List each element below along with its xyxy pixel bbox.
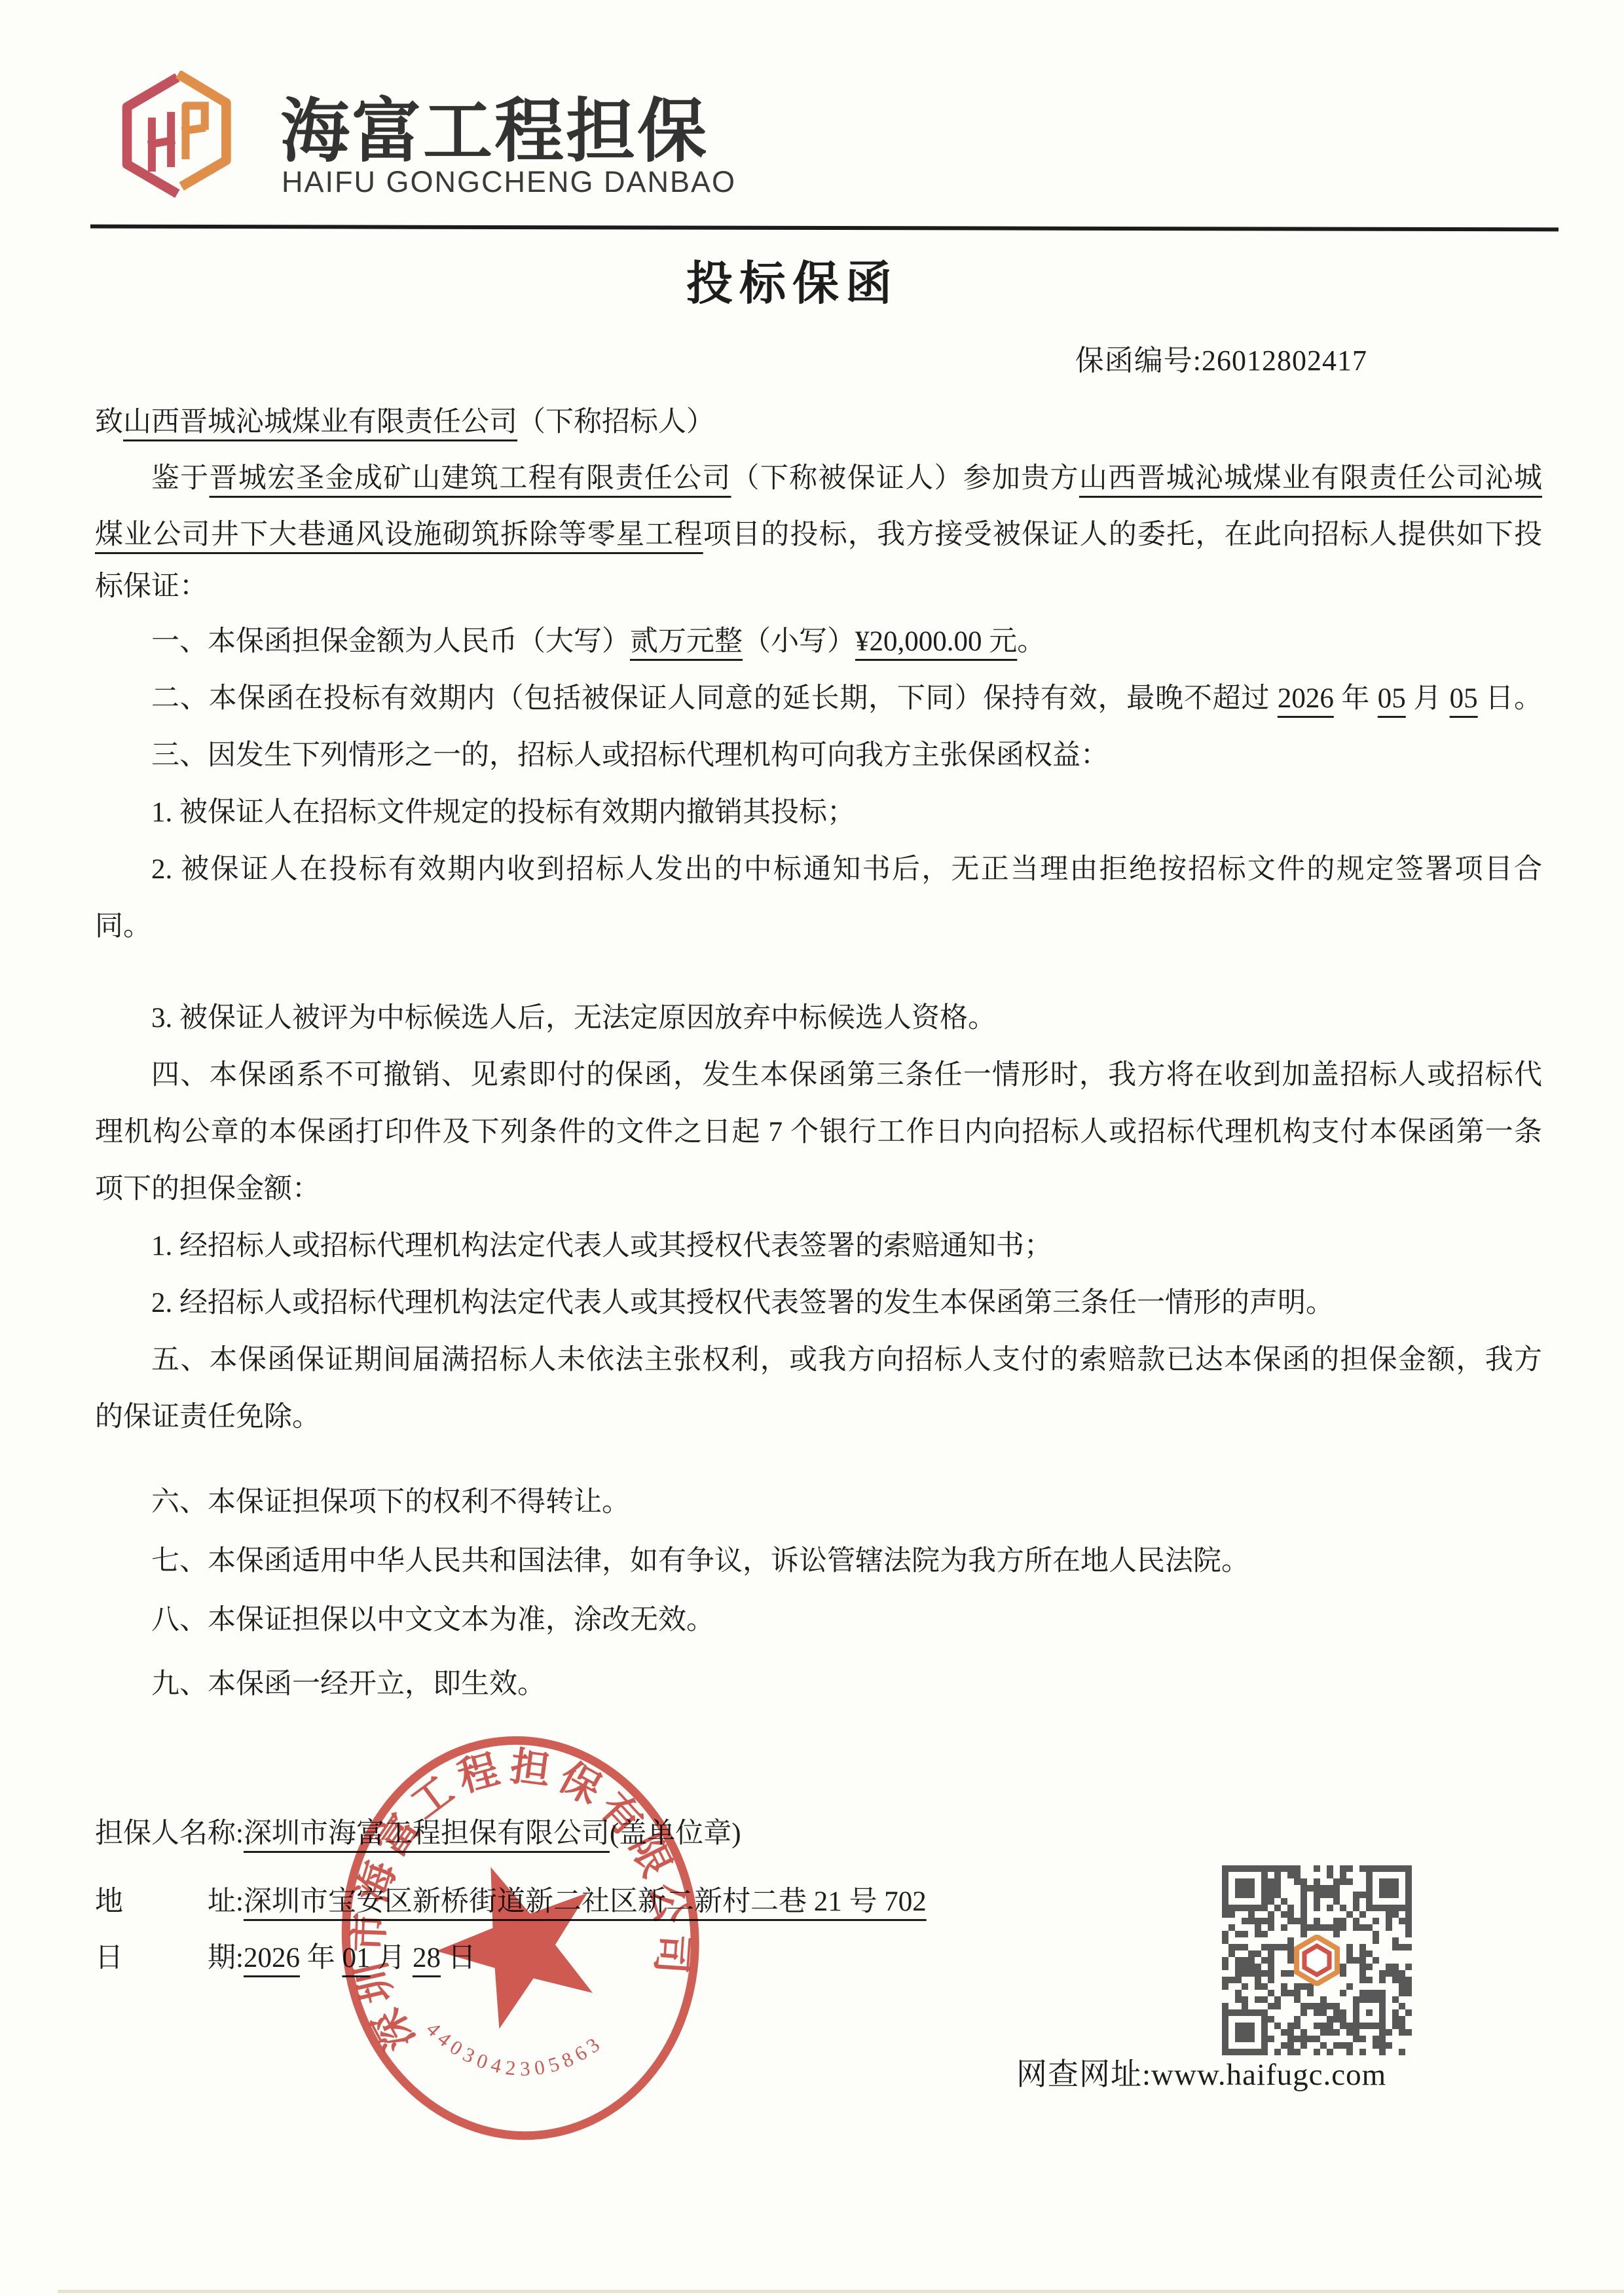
- body-line: 1. 被保证人在招标文件规定的投标有效期内撤销其投标；: [95, 792, 1542, 834]
- body-line: 二、本保函在投标有效期内（包括被保证人同意的延长期，下同）保持有效，最晚不超过 …: [95, 678, 1542, 720]
- body-line: 九、本保函一经开立，即生效。: [95, 1664, 1542, 1706]
- body-line: 五、本保函保证期间届满招标人未依法主张权利，或我方向招标人支付的索赔款已达本保函…: [95, 1339, 1542, 1381]
- body-line: 1. 经招标人或招标代理机构法定代表人或其授权代表签署的索赔通知书；: [95, 1225, 1542, 1267]
- qr-center-logo-icon: [1294, 1935, 1340, 1986]
- guarantor-name-line: 担保人名称:深圳市海富工程担保有限公司(盖单位章): [95, 1813, 1542, 1855]
- body-line: 六、本保证担保项下的权利不得转让。: [95, 1482, 1542, 1523]
- qr-code: [1222, 1865, 1412, 2055]
- body-line: 致山西晋城沁城煤业有限责任公司（下称招标人）: [95, 401, 1542, 443]
- body-line: 七、本保函适用中华人民共和国法律，如有争议，诉讼管辖法院为我方所在地人民法院。: [95, 1540, 1542, 1582]
- document-page: 海富工程担保 HAIFU GONGCHENG DANBAO 投标保函 保函编号:…: [0, 0, 1624, 2295]
- body-line: 一、本保函担保金额为人民币（大写）贰万元整（小写）¥20,000.00 元。: [95, 621, 1542, 663]
- body-line: 3. 被保证人被评为中标候选人后，无法定原因放弃中标候选人资格。: [95, 998, 1542, 1039]
- guarantee-number: 保函编号:26012802417: [1075, 337, 1367, 379]
- body-line: 2. 被保证人在投标有效期内收到招标人发出的中标通知书后，无正当理由拒绝按招标文…: [95, 849, 1542, 891]
- body-line: 2. 经招标人或招标代理机构法定代表人或其授权代表签署的发生本保函第三条任一情形…: [95, 1282, 1542, 1324]
- haifu-logo-icon: [119, 71, 232, 200]
- body-line: 项下的担保金额：: [95, 1168, 1542, 1210]
- svg-text:4403042305863: 4403042305863: [420, 2000, 610, 2091]
- scan-edge-artifact: [58, 2290, 1624, 2293]
- header-divider: [90, 225, 1559, 232]
- body-line: 鉴于晋城宏圣金成矿山建筑工程有限责任公司（下称被保证人）参加贵方山西晋城沁城煤业…: [95, 458, 1542, 500]
- brand-name-cn: 海富工程担保: [280, 76, 709, 176]
- qr-caption: 网查网址:www.haifugc.com: [1016, 2050, 1386, 2094]
- body-line: 标保证：: [95, 566, 1542, 608]
- body-line: 四、本保函系不可撤销、见索即付的保函，发生本保函第三条任一情形时，我方将在收到加…: [95, 1054, 1542, 1096]
- page-title: 投标保函: [0, 246, 1585, 313]
- body-line: 八、本保证担保以中文文本为准，涂改无效。: [95, 1599, 1542, 1641]
- body-line: 理机构公章的本保函打印件及下列条件的文件之日起 7 个银行工作日内向招标人或招标…: [95, 1111, 1542, 1153]
- brand-name-en: HAIFU GONGCHENG DANBAO: [282, 165, 736, 199]
- body-line: 煤业公司井下大巷通风设施砌筑拆除等零星工程项目的投标，我方接受被保证人的委托，在…: [95, 514, 1542, 556]
- seal-number-text: 4403042305863: [420, 2000, 610, 2091]
- body-line: 同。: [95, 906, 1542, 948]
- body-line: 三、因发生下列情形之一的，招标人或招标代理机构可向我方主张保函权益：: [95, 735, 1542, 777]
- body-line: 的保证责任免除。: [95, 1396, 1542, 1438]
